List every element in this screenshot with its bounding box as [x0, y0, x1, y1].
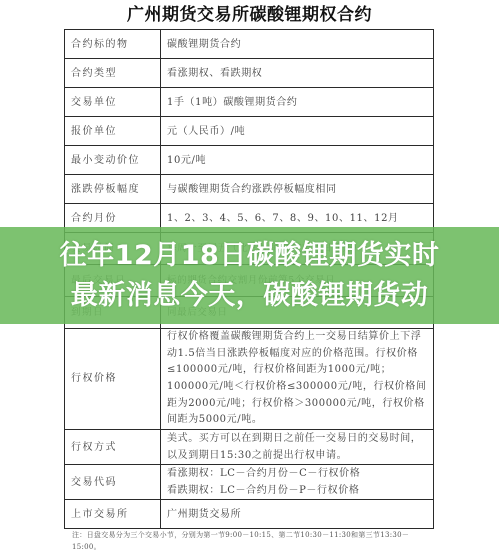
- row-value: 广州期货交易所: [161, 500, 434, 529]
- row-value: 10元/吨: [161, 146, 434, 175]
- headline-overlay: 往年12月18日碳酸锂期货实时 最新消息今天，碳酸锂期货动: [0, 236, 499, 316]
- headline-line-1: 往年12月18日碳酸锂期货实时: [0, 236, 499, 276]
- table-row-strike-price: 行权价格 行权价格覆盖碳酸锂期货合约上一交易日结算价上下浮动1.5倍当日涨跌停板…: [65, 329, 434, 430]
- table-row-tick-size: 最小变动价位 10元/吨: [65, 146, 434, 175]
- row-label: 交易代码: [65, 465, 161, 500]
- table-row-exercise-style: 行权方式 美式。买方可以在到期日之前任一交易日的交易时间，以及到期日15:30之…: [65, 430, 434, 465]
- row-value: 行权价格覆盖碳酸锂期货合约上一交易日结算价上下浮动1.5倍当日涨跌停板幅度对应的…: [161, 329, 434, 430]
- row-value: 元（人民币）/吨: [161, 117, 434, 146]
- row-label: 行权方式: [65, 430, 161, 465]
- table-row-listing-exchange: 上市交易所 广州期货交易所: [65, 500, 434, 529]
- table-row-price-limit: 涨跌停板幅度 与碳酸锂期货合约涨跌停板幅度相同: [65, 175, 434, 204]
- row-label: 最小变动价位: [65, 146, 161, 175]
- headline-line-2: 最新消息今天，碳酸锂期货动: [0, 276, 499, 316]
- table-row-trading-code: 交易代码 看涨期权：LC－合约月份－C－行权价格 看跌期权：LC－合约月份－P－…: [65, 465, 434, 500]
- row-value: 看涨期权、看跌期权: [161, 59, 434, 88]
- trading-code-put: 看跌期权：LC－合约月份－P－行权价格: [167, 482, 427, 499]
- table-row-contract-type: 合约类型 看涨期权、看跌期权: [65, 59, 434, 88]
- trading-code-call: 看涨期权：LC－合约月份－C－行权价格: [167, 465, 427, 482]
- footnote: 注：日盘交易分为三个交易小节，分别为第一节9:00－10:15、第二节10:30…: [72, 529, 432, 553]
- row-value: 美式。买方可以在到期日之前任一交易日的交易时间，以及到期日15:30之前提出行权…: [161, 430, 434, 465]
- row-value: 看涨期权：LC－合约月份－C－行权价格 看跌期权：LC－合约月份－P－行权价格: [161, 465, 434, 500]
- row-label: 涨跌停板幅度: [65, 175, 161, 204]
- table-row-trading-unit: 交易单位 1手（1吨）碳酸锂期货合约: [65, 88, 434, 117]
- row-value: 1手（1吨）碳酸锂期货合约: [161, 88, 434, 117]
- row-value: 与碳酸锂期货合约涨跌停板幅度相同: [161, 175, 434, 204]
- table-row-quote-unit: 报价单位 元（人民币）/吨: [65, 117, 434, 146]
- row-label: 交易单位: [65, 88, 161, 117]
- row-label: 合约类型: [65, 59, 161, 88]
- table-row-underlying: 合约标的物 碳酸锂期货合约: [65, 30, 434, 59]
- row-label: 报价单位: [65, 117, 161, 146]
- row-label: 行权价格: [65, 329, 161, 430]
- document-title: 广州期货交易所碳酸锂期权合约: [0, 3, 499, 27]
- row-label: 合约标的物: [65, 30, 161, 59]
- row-label: 上市交易所: [65, 500, 161, 529]
- row-value: 碳酸锂期货合约: [161, 30, 434, 59]
